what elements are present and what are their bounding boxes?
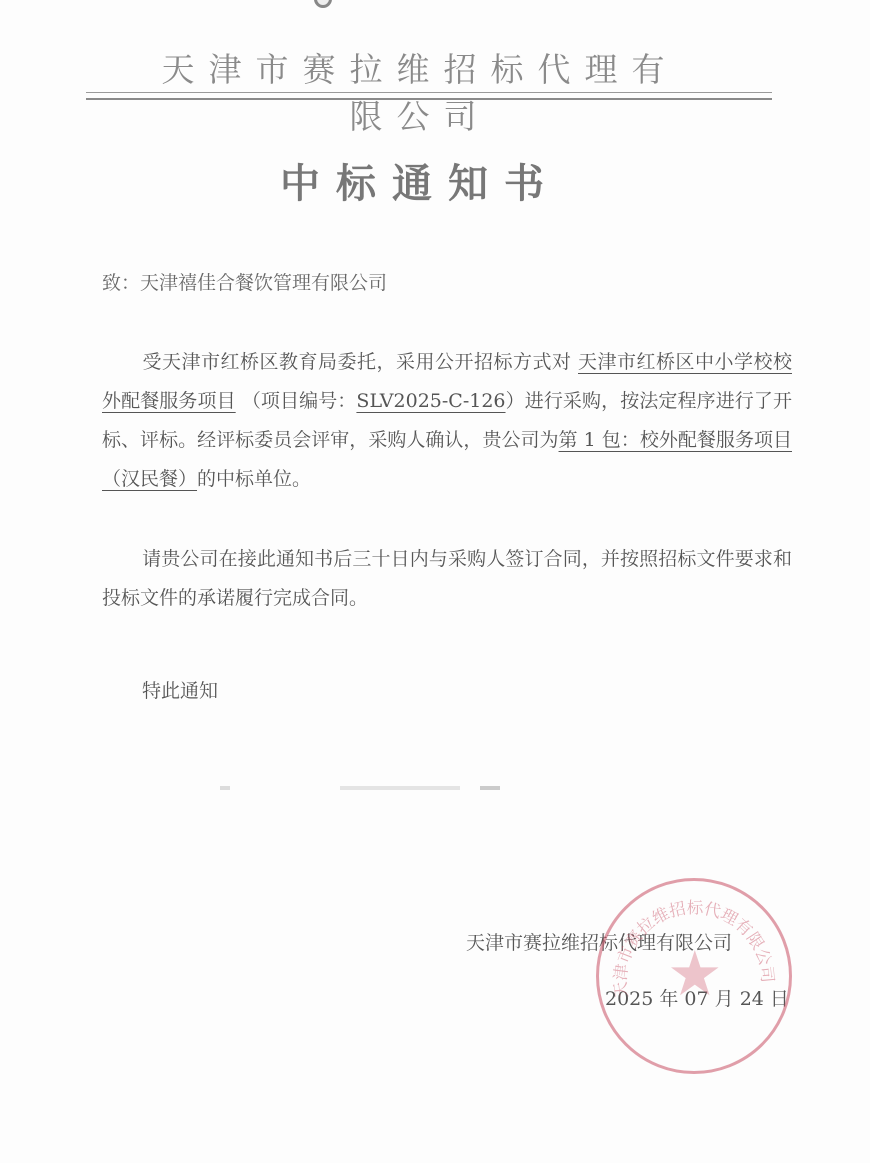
scan-artifact	[210, 786, 500, 790]
letterhead-rule-top	[86, 92, 772, 93]
award-paragraph: 受天津市红桥区教育局委托，采用公开招标方式对 天津市红桥区中小学校校外配餐服务项…	[102, 343, 792, 499]
seal-star-icon: ★	[667, 937, 723, 1010]
letterhead-company: 天津市赛拉维招标代理有限公司	[140, 44, 700, 138]
intro-text: 受天津市红桥区教育局委托，采用公开招标方式对	[142, 351, 571, 373]
award-ending: 的中标单位。	[197, 468, 311, 490]
project-number: SLV2025-C-126	[356, 390, 505, 412]
contract-paragraph: 请贵公司在接此通知书后三十日内与采购人签订合同，并按照招标文件要求和投标文件的承…	[102, 540, 792, 618]
company-seal: 天津市赛拉维招标代理有限公司 ★	[596, 878, 792, 1074]
closing-text: 特此通知	[142, 676, 218, 703]
document-title: 中标通知书	[270, 152, 570, 209]
letterhead-rule-bottom	[86, 98, 772, 100]
punch-hole	[314, 0, 332, 8]
addressee: 致：天津禧佳合餐饮管理有限公司	[102, 268, 387, 295]
contract-text: 请贵公司在接此通知书后三十日内与采购人签订合同，并按照招标文件要求和投标文件的承…	[102, 548, 792, 609]
project-no-label: （项目编号：	[242, 390, 357, 412]
